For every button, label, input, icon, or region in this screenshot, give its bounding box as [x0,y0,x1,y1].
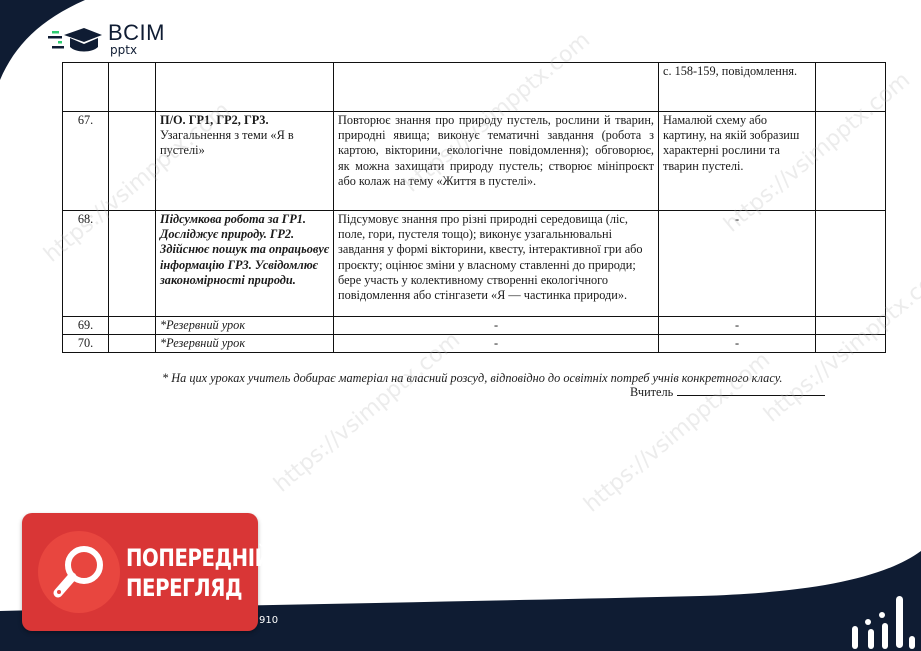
notes-cell [816,112,886,211]
topic-cell: Підсумкова робота за ГР1. Досліджує прир… [156,211,334,317]
date-cell [109,211,156,317]
lesson-number [63,63,109,112]
teacher-label: Вчитель [630,385,673,399]
activity-cell [334,63,659,112]
homework-cell: с. 158-159, повідомлення. [659,63,816,112]
activity-cell: Повторює знання про природу пустель, рос… [334,112,659,211]
table-row: 70. *Резервний урок - - [63,335,886,353]
teacher-signature: Вчитель [630,385,825,400]
logo-sub: pptx [110,44,165,56]
lesson-number: 67. [63,112,109,211]
homework-cell: Намалюй схему або картину, на якій зобра… [659,112,816,211]
table-row: с. 158-159, повідомлення. [63,63,886,112]
lesson-number: 70. [63,335,109,353]
page-number: 910 [259,615,278,626]
lesson-number: 69. [63,317,109,335]
table-row: 68. Підсумкова робота за ГР1. Досліджує … [63,211,886,317]
notes-cell [816,211,886,317]
signature-line [677,385,825,396]
activity-cell: - [334,335,659,353]
footnote: * На цих уроках учитель добирає матеріал… [162,371,782,386]
topic-cell [156,63,334,112]
lesson-number: 68. [63,211,109,317]
preview-badge[interactable]: ПОПЕРЕДНІЙ ПЕРЕГЛЯД [22,513,258,631]
homework-cell: - [659,335,816,353]
table-row: 67. П/О. ГР1, ГР2, ГР3.Узагальнення з те… [63,112,886,211]
magnifier-icon [38,531,120,613]
logo: ВCIM pptx [48,22,165,56]
logo-brand: ВCIM [108,22,165,44]
topic-cell: *Резервний урок [156,335,334,353]
activity-cell: Підсумовує знання про різні природні сер… [334,211,659,317]
topic-groups: П/О. ГР1, ГР2, ГР3. [160,113,269,127]
topic-cell: П/О. ГР1, ГР2, ГР3.Узагальнення з теми «… [156,112,334,211]
topic-cell: *Резервний урок [156,317,334,335]
graduation-cap-icon [48,23,104,55]
lesson-plan-table: с. 158-159, повідомлення. 67. П/О. ГР1, … [62,62,886,353]
date-cell [109,112,156,211]
date-cell [109,63,156,112]
homework-cell: - [659,317,816,335]
preview-label: ПОПЕРЕДНІЙ ПЕРЕГЛЯД [126,543,271,603]
preview-circle [38,531,120,613]
notes-cell [816,317,886,335]
notes-cell [816,63,886,112]
homework-cell: - [659,211,816,317]
activity-cell: - [334,317,659,335]
topic-title: Узагальнення з теми «Я в пустелі» [160,128,294,157]
table-row: 69. *Резервний урок - - [63,317,886,335]
date-cell [109,335,156,353]
date-cell [109,317,156,335]
notes-cell [816,335,886,353]
